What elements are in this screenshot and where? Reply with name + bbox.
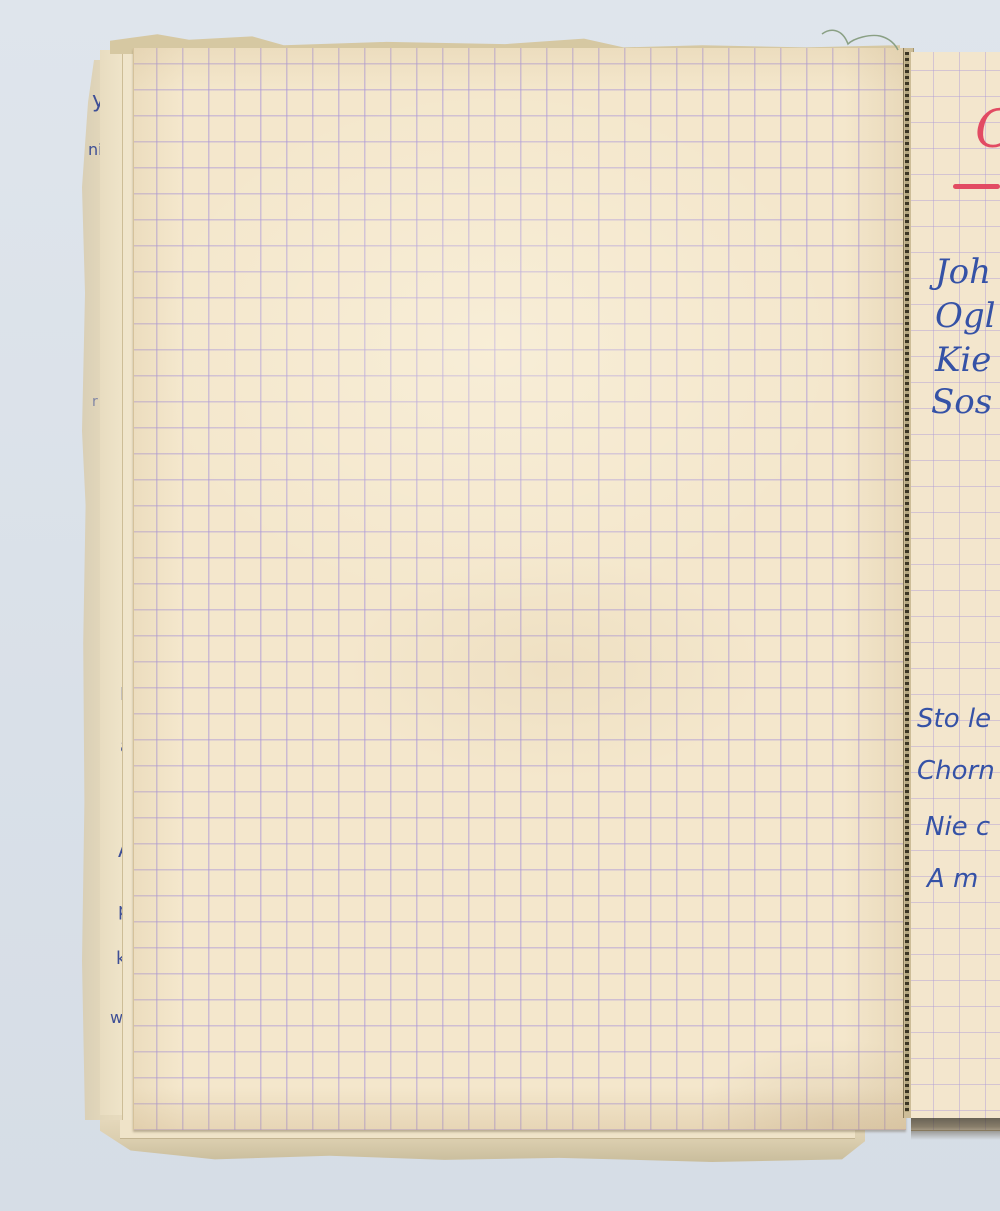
verse-line: Nie c: [925, 812, 990, 842]
blank-grid-page: [133, 48, 906, 1130]
page-heading: O: [975, 104, 1000, 156]
verse-line: Chorn: [917, 756, 995, 786]
binding-stitches: [905, 52, 909, 1112]
verse-line: Joh: [935, 252, 991, 292]
verse-line: Sos: [931, 382, 992, 422]
edge-fragment: r: [92, 395, 98, 409]
handwritten-page: O Joh Ogl Kie Sos Sto le Chorn Nie c A m: [911, 52, 1000, 1131]
page-shadow: [911, 1118, 1000, 1140]
verse-line: Kie: [935, 340, 991, 380]
heading-underline: [953, 184, 1000, 189]
loose-thread: [820, 26, 900, 54]
verse-line: Ogl: [935, 296, 996, 336]
verse-line: A m: [927, 864, 978, 894]
verse-line: Sto le: [917, 704, 991, 734]
